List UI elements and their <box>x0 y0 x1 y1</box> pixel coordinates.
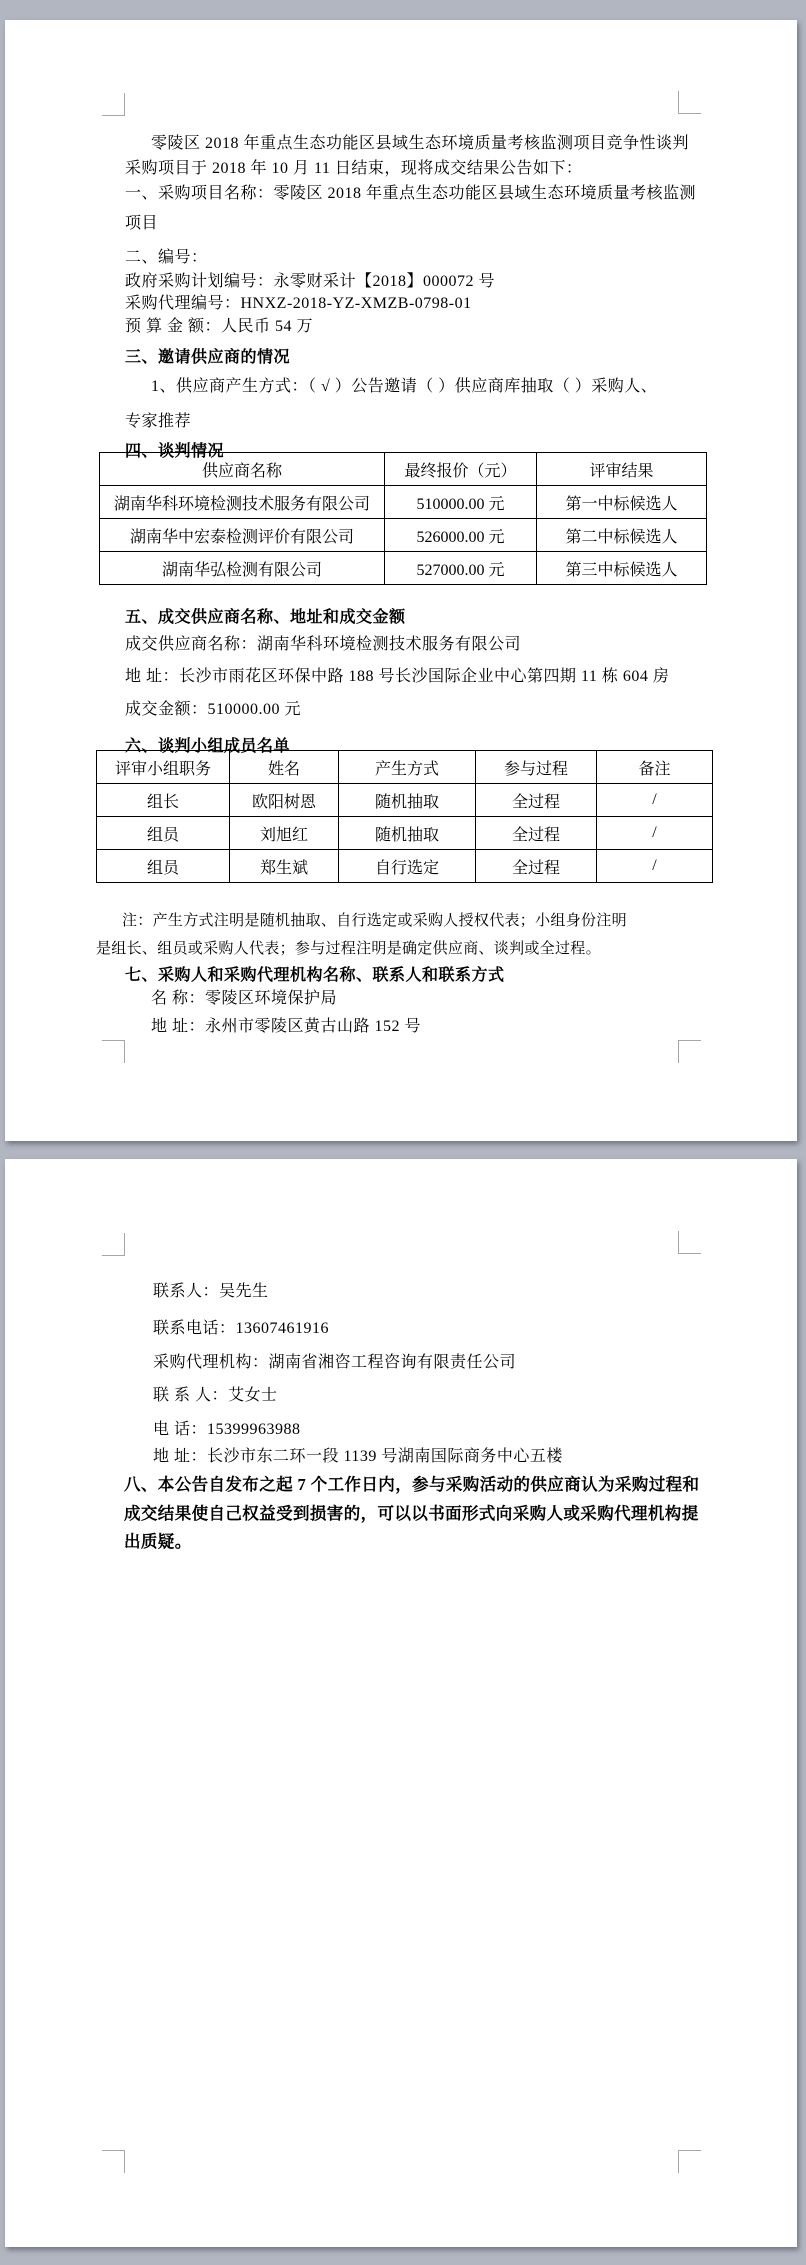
table-cell: 郑生斌 <box>230 850 339 883</box>
section-8-line-3: 出质疑。 <box>124 1532 192 1552</box>
table-cell: / <box>597 817 713 850</box>
negotiation-panel-table: 评审小组职务姓名产生方式参与过程备注组长欧阳树恩随机抽取全过程/组员刘旭红随机抽… <box>96 750 713 883</box>
winner-name-line: 成交供应商名称：湖南华科环境检测技术服务有限公司 <box>125 635 521 655</box>
doc-intro-line-2: 采购项目于 2018 年 10 月 11 日结束，现将成交结果公告如下： <box>125 159 582 179</box>
budget-line: 预 算 金 额：人民币 54 万 <box>125 317 313 337</box>
document-page-2: 联系人：吴先生 联系电话：13607461916 采购代理机构：湖南省湘咨工程咨… <box>5 1159 797 2247</box>
panel-note-line-1: 注：产生方式注明是随机抽取、自行选定或采购人授权代表；小组身份注明 <box>122 911 627 931</box>
purchaser-name-line: 名 称：零陵区环境保护局 <box>151 989 337 1009</box>
table-cell: 组员 <box>97 850 230 883</box>
section-3-heading: 三、邀请供应商的情况 <box>125 348 290 368</box>
doc-intro-line-1: 零陵区 2018 年重点生态功能区县域生态环境质量考核监测项目竞争性谈判 <box>151 134 689 154</box>
table-cell: 全过程 <box>476 850 597 883</box>
crop-mark-top-right-icon <box>678 91 701 114</box>
supplier-method-wrap: 专家推荐 <box>125 412 191 432</box>
table-header-cell: 评审结果 <box>537 453 707 486</box>
table-cell: 组员 <box>97 817 230 850</box>
table-cell: 全过程 <box>476 784 597 817</box>
table-header-cell: 姓名 <box>230 751 339 784</box>
table-cell: 湖南华弘检测有限公司 <box>100 552 385 585</box>
table-header-cell: 供应商名称 <box>100 453 385 486</box>
crop-mark-top-left-icon <box>102 1233 125 1256</box>
table-header-cell: 参与过程 <box>476 751 597 784</box>
negotiation-result-table: 供应商名称最终报价（元）评审结果湖南华科环境检测技术服务有限公司510000.0… <box>99 452 707 585</box>
table-cell: 组长 <box>97 784 230 817</box>
agency-contact-line: 联 系 人：艾女士 <box>153 1386 278 1406</box>
crop-mark-top-right-icon <box>678 1231 701 1254</box>
agency-number-line: 采购代理编号：HNXZ-2018-YZ-XMZB-0798-01 <box>125 294 472 314</box>
agency-phone-line: 电 话：15399963988 <box>153 1420 301 1440</box>
table-cell: 527000.00 元 <box>385 552 537 585</box>
section-1-project-name-wrap: 项目 <box>125 214 158 234</box>
supplier-method-line: 1、供应商产生方式：（ √ ）公告邀请（ ）供应商库抽取（ ）采购人、 <box>151 377 657 397</box>
agency-address-line: 地 址：长沙市东二环一段 1139 号湖南国际商务中心五楼 <box>153 1447 563 1467</box>
section-5-heading: 五、成交供应商名称、地址和成交金额 <box>125 608 406 628</box>
crop-mark-bottom-right-icon <box>678 2150 701 2173</box>
section-2-heading: 二、编号： <box>125 248 208 268</box>
purchaser-address-line: 地 址：永州市零陵区黄古山路 152 号 <box>151 1017 421 1037</box>
crop-mark-top-left-icon <box>102 93 125 116</box>
contact-person-line: 联系人：吴先生 <box>153 1282 269 1302</box>
table-cell: 510000.00 元 <box>385 486 537 519</box>
table-cell: 湖南华科环境检测技术服务有限公司 <box>100 486 385 519</box>
table-cell: 欧阳树恩 <box>230 784 339 817</box>
plan-number-line: 政府采购计划编号：永零财采计【2018】000072 号 <box>125 272 495 292</box>
section-1-project-name: 一、采购项目名称：零陵区 2018 年重点生态功能区县域生态环境质量考核监测 <box>125 184 696 204</box>
table-cell: 刘旭红 <box>230 817 339 850</box>
table-cell: 第二中标候选人 <box>537 519 707 552</box>
table-header-cell: 最终报价（元） <box>385 453 537 486</box>
document-viewer-canvas: { "colors": { "background": "#b2b6c1", "… <box>0 0 806 2265</box>
section-8-line-2: 成交结果使自己权益受到损害的，可以以书面形式向采购人或采购代理机构提 <box>124 1504 699 1524</box>
deal-amount-line: 成交金额：510000.00 元 <box>125 700 301 720</box>
table-cell: 湖南华中宏泰检测评价有限公司 <box>100 519 385 552</box>
table-header-cell: 产生方式 <box>339 751 476 784</box>
agency-name-line: 采购代理机构：湖南省湘咨工程咨询有限责任公司 <box>153 1353 516 1373</box>
section-8-line-1: 八、本公告自发布之起 7 个工作日内，参与采购活动的供应商认为采购过程和 <box>124 1475 699 1495</box>
table-cell: 第一中标候选人 <box>537 486 707 519</box>
winner-address-line: 地 址：长沙市雨花区环保中路 188 号长沙国际企业中心第四期 11 栋 604… <box>125 667 669 687</box>
table-header-cell: 备注 <box>597 751 713 784</box>
table-cell: 随机抽取 <box>339 784 476 817</box>
table-cell: / <box>597 850 713 883</box>
contact-phone-line: 联系电话：13607461916 <box>153 1319 329 1339</box>
table-cell: 全过程 <box>476 817 597 850</box>
table-cell: 随机抽取 <box>339 817 476 850</box>
table-cell: / <box>597 784 713 817</box>
table-cell: 526000.00 元 <box>385 519 537 552</box>
crop-mark-bottom-right-icon <box>678 1040 701 1063</box>
document-page-1: 零陵区 2018 年重点生态功能区县域生态环境质量考核监测项目竞争性谈判 采购项… <box>5 20 797 1141</box>
table-cell: 第三中标候选人 <box>537 552 707 585</box>
crop-mark-bottom-left-icon <box>102 1040 125 1063</box>
table-header-cell: 评审小组职务 <box>97 751 230 784</box>
crop-mark-bottom-left-icon <box>102 2150 125 2173</box>
table-cell: 自行选定 <box>339 850 476 883</box>
section-7-heading: 七、采购人和采购代理机构名称、联系人和联系方式 <box>125 966 505 986</box>
panel-note-line-2: 是组长、组员或采购人代表；参与过程注明是确定供应商、谈判或全过程。 <box>96 939 601 959</box>
